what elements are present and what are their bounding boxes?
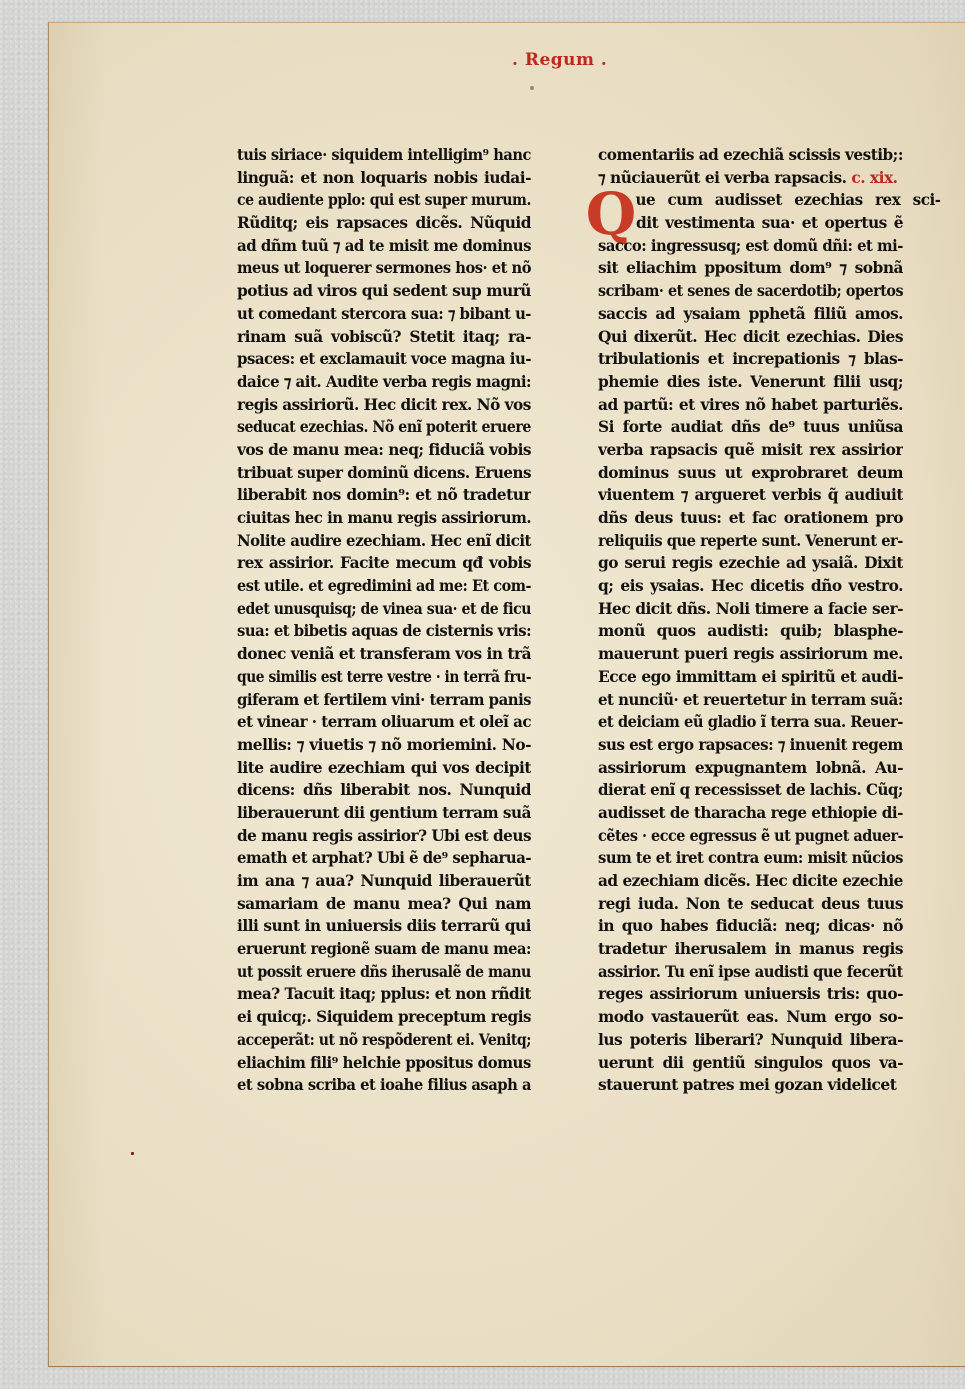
text-line-content: audisset de tharacha rege ethiopie di- xyxy=(598,804,903,822)
running-head: . Regum . xyxy=(512,50,607,70)
text-line: comentariis ad ezechiã scissis vestib;: xyxy=(598,144,903,167)
text-line-content: regis assiriorũ. Hec dicit rex. Nõ vos xyxy=(237,396,531,414)
text-line: liberauerunt dii gentium terram suã xyxy=(237,802,531,825)
text-line: ad partũ: et vires nõ habet parturiẽs. xyxy=(598,394,903,417)
text-line-content: sua: et bibetis aquas de cisternis vris: xyxy=(237,622,531,640)
text-line-content: viuentem ⁊ argueret verbis q̃ audiuit xyxy=(598,486,903,504)
text-line: et sobna scriba et ioahe filius asaph a xyxy=(237,1074,531,1097)
text-line-content: comentariis ad ezechiã scissis vestib;: xyxy=(598,146,903,164)
text-line-content: giferam et fertilem vini· terram panis xyxy=(237,691,531,709)
text-line: go serui regis ezechie ad ysaiã. Dixit xyxy=(598,552,903,575)
text-line-content: samariam de manu mea? Qui nam xyxy=(237,895,531,913)
text-line-content: tribulationis et increpationis ⁊ blas- xyxy=(598,350,903,368)
text-line-content: in quo habes fiduciã: neq; dicas· nõ xyxy=(598,917,903,935)
text-line: samariam de manu mea? Qui nam xyxy=(237,893,531,916)
text-line-content: sacco: ingressusq; est domũ dñi: et mi- xyxy=(598,237,903,255)
text-line: monũ quos audisti: quib; blasphe- xyxy=(598,620,903,643)
text-line: im ana ⁊ aua? Nunquid liberauerũt xyxy=(237,870,531,893)
text-line-content: lite audire ezechiam qui vos decipit xyxy=(237,759,531,777)
text-line: mauerunt pueri regis assiriorum me. xyxy=(598,643,903,666)
text-line-content: dñs deus tuus: et fac orationem pro xyxy=(598,509,903,527)
text-line: acceperãt: ut nõ respõderent ei. Venitq; xyxy=(237,1029,531,1052)
text-line: donec veniã et transferam vos in trã xyxy=(237,643,531,666)
text-line-content: acceperãt: ut nõ respõderent ei. Venitq; xyxy=(237,1031,531,1049)
text-line-content: meus ut loquerer sermones hos· et nõ xyxy=(237,259,531,277)
text-line: dierat enĩ q recessisset de lachis. Cũq; xyxy=(598,779,903,802)
text-line-content: sus est ergo rapsaces: ⁊ inuenit regem xyxy=(598,736,903,754)
text-line-content: mellis: ⁊ viuetis ⁊ nõ moriemini. No- xyxy=(237,736,531,754)
text-line-content: tuis siriace· siquidem intelligim⁹ hanc xyxy=(237,146,531,164)
text-line-content: ad partũ: et vires nõ habet parturiẽs. xyxy=(598,396,903,414)
text-line-content: tribuat super dominũ dicens. Eruens xyxy=(237,464,531,482)
text-line-content: ue cum audisset ezechias rex sci- xyxy=(635,191,940,209)
text-line: sua: et bibetis aquas de cisternis vris: xyxy=(237,620,531,643)
text-line: reliquiis que reperte sunt. Venerunt er- xyxy=(598,530,903,553)
text-line-content: Rũditq; eis rapsaces dicẽs. Nũquid xyxy=(237,214,531,232)
text-line-content: ciuitas hec in manu regis assiriorum. xyxy=(237,509,531,527)
text-line: ue cum audisset ezechias rex sci- xyxy=(598,189,941,212)
text-line: audisset de tharacha rege ethiopie di- xyxy=(598,802,903,825)
text-line-content: mauerunt pueri regis assiriorum me. xyxy=(598,645,903,663)
text-line-content: Qui dixerũt. Hec dicit ezechias. Dies xyxy=(598,328,903,346)
text-line-content: Nolite audire ezechiam. Hec enĩ dicit xyxy=(237,532,531,550)
text-line-content: donec veniã et transferam vos in trã xyxy=(237,645,531,663)
text-line-content: monũ quos audisti: quib; blasphe- xyxy=(598,622,903,640)
text-line-content: liberabit nos domin⁹: et nõ tradetur xyxy=(237,486,531,504)
text-line: Hec dicit dñs. Noli timere a facie ser- xyxy=(598,598,903,621)
text-line-content: dicens: dñs liberabit nos. Nunquid xyxy=(237,781,531,799)
text-line: in quo habes fiduciã: neq; dicas· nõ xyxy=(598,915,903,938)
text-line-content: modo vastauerũt eas. Num ergo so- xyxy=(598,1008,903,1026)
text-line-content: scribam· et senes de sacerdotib; opertos xyxy=(598,282,903,300)
text-line-content: verba rapsacis quẽ misit rex assirior xyxy=(598,441,903,459)
text-line: edet unusquisq; de vinea sua· et de ficu xyxy=(237,598,531,621)
text-line: reges assiriorum uniuersis tris: quo- xyxy=(598,983,903,1006)
text-line-content: reges assiriorum uniuersis tris: quo- xyxy=(598,985,903,1003)
text-line-content: que similis est terre vestre · in terrã … xyxy=(237,668,531,686)
text-line-content: est utile. et egredimini ad me: Et com- xyxy=(237,577,531,595)
text-line: rinam suã vobiscũ? Stetit itaq; ra- xyxy=(237,326,531,349)
text-line: verba rapsacis quẽ misit rex assirior xyxy=(598,439,903,462)
text-line-content: q; eis ysaias. Hec dicetis dño vestro. xyxy=(598,577,903,595)
text-line: ciuitas hec in manu regis assiriorum. xyxy=(237,507,531,530)
text-line: regi iuda. Non te seducat deus tuus xyxy=(598,893,903,916)
text-line: tribuat super dominũ dicens. Eruens xyxy=(237,462,531,485)
text-line: sacco: ingressusq; est domũ dñi: et mi- xyxy=(598,235,903,258)
text-line-content: psaces: et exclamauit voce magna iu- xyxy=(237,350,531,368)
text-line: lite audire ezechiam qui vos decipit xyxy=(237,757,531,780)
text-line-content: seducat ezechias. Nõ enĩ poterit eruere xyxy=(237,418,531,436)
text-line-content: eliachim fili⁹ helchie ppositus domus xyxy=(237,1054,531,1072)
text-line-content: ad dñm tuũ ⁊ ad te misit me dominus xyxy=(237,237,531,255)
text-line-content: liberauerunt dii gentium terram suã xyxy=(237,804,531,822)
right-text-column: comentariis ad ezechiã scissis vestib;:⁊… xyxy=(598,144,903,1097)
text-line-content: ad ezechiam dicẽs. Hec dicite ezechie xyxy=(598,872,903,890)
text-line-content: mea? Tacuit itaq; pplus: et non rñdit xyxy=(237,985,531,1003)
text-line: eliachim fili⁹ helchie ppositus domus xyxy=(237,1052,531,1075)
text-line: tradetur iherusalem in manus regis xyxy=(598,938,903,961)
text-line-content: stauerunt patres mei gozan videlicet xyxy=(598,1076,896,1094)
text-line-content: Hec dicit dñs. Noli timere a facie ser- xyxy=(598,600,903,618)
text-line-content: vos de manu mea: neq; fiduciã vobis xyxy=(237,441,531,459)
text-line: assirior. Tu enĩ ipse audisti que fecerũ… xyxy=(598,961,903,984)
text-line-content: ut comedant stercora sua: ⁊ bibant u- xyxy=(237,305,531,323)
text-line-content: reliquiis que reperte sunt. Venerunt er- xyxy=(598,532,903,550)
text-line: giferam et fertilem vini· terram panis xyxy=(237,689,531,712)
text-line-content: sum te et iret contra eum: misit nũcios xyxy=(598,849,903,867)
text-line: modo vastauerũt eas. Num ergo so- xyxy=(598,1006,903,1029)
text-line: dominus suus ut exprobraret deum xyxy=(598,462,903,485)
text-line: seducat ezechias. Nõ enĩ poterit eruere xyxy=(237,416,531,439)
text-line-content: et deiciam eũ gladio ĩ terra sua. Reuer- xyxy=(598,713,903,731)
text-line: emath et arphat? Ubi ẽ de⁹ sepharua- xyxy=(237,847,531,870)
text-line: regis assiriorũ. Hec dicit rex. Nõ vos xyxy=(237,394,531,417)
text-line-content: illi sunt in uniuersis diis terrarũ qui xyxy=(237,917,531,935)
text-line: Qui dixerũt. Hec dicit ezechias. Dies xyxy=(598,326,903,349)
text-line: de manu regis assirior? Ubi est deus xyxy=(237,825,531,848)
text-line: que similis est terre vestre · in terrã … xyxy=(237,666,531,689)
text-line: lus poteris liberari? Nunquid libera- xyxy=(598,1029,903,1052)
text-line-content: phemie dies iste. Venerunt filii usq; xyxy=(598,373,903,391)
text-line-content: Ecce ego immittam ei spiritũ et audi- xyxy=(598,668,903,686)
text-line-content: dit vestimenta sua· et opertus ẽ xyxy=(636,214,903,232)
text-line-content: ut possit eruere dñs iherusalẽ de manu xyxy=(237,963,531,981)
text-line: et vinear · terram oliuarum et oleĩ ac xyxy=(237,711,531,734)
text-line-content: eruerunt regionẽ suam de manu mea: xyxy=(237,940,531,958)
text-line: sus est ergo rapsaces: ⁊ inuenit regem xyxy=(598,734,903,757)
text-line: tuis siriace· siquidem intelligim⁹ hanc xyxy=(237,144,531,167)
chapter-number: c. xix. xyxy=(851,169,897,187)
text-line: ce audiente pplo: qui est super murum. xyxy=(237,189,531,212)
text-line: potius ad viros qui sedent sup murũ xyxy=(237,280,531,303)
text-line-content: dierat enĩ q recessisset de lachis. Cũq; xyxy=(598,781,903,799)
rubric-speck xyxy=(131,1152,134,1155)
text-line-content: ei quicq;. Siquidem preceptum regis xyxy=(237,1008,531,1026)
text-line: linguã: et non loquaris nobis iudai- xyxy=(237,167,531,190)
text-line: meus ut loquerer sermones hos· et nõ xyxy=(237,257,531,280)
text-line: Rũditq; eis rapsaces dicẽs. Nũquid xyxy=(237,212,531,235)
text-line-content: cẽtes · ecce egressus ẽ ut pugnet aduer- xyxy=(598,827,903,845)
text-line-content: et nunciũ· et reuertetur in terram suã: xyxy=(598,691,903,709)
text-line: dit vestimenta sua· et opertus ẽ xyxy=(598,212,903,235)
text-line-content: potius ad viros qui sedent sup murũ xyxy=(237,282,531,300)
text-line-content: assirior. Tu enĩ ipse audisti que fecerũ… xyxy=(598,963,903,981)
text-line-content: dominus suus ut exprobraret deum xyxy=(598,464,903,482)
text-line-content: sit eliachim ppositum dom⁹ ⁊ sobnã xyxy=(598,259,903,277)
text-line-content: ce audiente pplo: qui est super murum. xyxy=(237,191,531,209)
text-line: ut comedant stercora sua: ⁊ bibant u- xyxy=(237,303,531,326)
text-line: Si forte audiat dñs de⁹ tuus uniũsa xyxy=(598,416,903,439)
text-line-content: rinam suã vobiscũ? Stetit itaq; ra- xyxy=(237,328,531,346)
text-line-content: tradetur iherusalem in manus regis xyxy=(598,940,903,958)
text-line: scribam· et senes de sacerdotib; opertos xyxy=(598,280,903,303)
text-line: stauerunt patres mei gozan videlicet xyxy=(598,1074,903,1097)
text-line: uerunt dii gentiũ singulos quos va- xyxy=(598,1052,903,1075)
text-line-content: emath et arphat? Ubi ẽ de⁹ sepharua- xyxy=(237,849,531,867)
text-line-content: rex assirior. Facite mecum qđ vobis xyxy=(237,554,531,572)
text-line-content: ⁊ nũciauerũt ei verba rapsacis. xyxy=(598,169,846,187)
text-line: saccis ad ysaiam pphetã filiũ amos. xyxy=(598,303,903,326)
text-line-content: assiriorum expugnantem lobnã. Au- xyxy=(598,759,903,777)
text-line: est utile. et egredimini ad me: Et com- xyxy=(237,575,531,598)
text-line: mellis: ⁊ viuetis ⁊ nõ moriemini. No- xyxy=(237,734,531,757)
text-line: mea? Tacuit itaq; pplus: et non rñdit xyxy=(237,983,531,1006)
text-line: phemie dies iste. Venerunt filii usq; xyxy=(598,371,903,394)
text-line: eruerunt regionẽ suam de manu mea: xyxy=(237,938,531,961)
text-line: ut possit eruere dñs iherusalẽ de manu xyxy=(237,961,531,984)
text-line: et nunciũ· et reuertetur in terram suã: xyxy=(598,689,903,712)
text-line-content: uerunt dii gentiũ singulos quos va- xyxy=(598,1054,903,1072)
text-line: Nolite audire ezechiam. Hec enĩ dicit xyxy=(237,530,531,553)
text-line: sum te et iret contra eum: misit nũcios xyxy=(598,847,903,870)
text-line-content: de manu regis assirior? Ubi est deus xyxy=(237,827,531,845)
text-line: q; eis ysaias. Hec dicetis dño vestro. xyxy=(598,575,903,598)
text-line-content: daice ⁊ ait. Audite verba regis magni: xyxy=(237,373,531,391)
left-text-column: tuis siriace· siquidem intelligim⁹ hancl… xyxy=(237,144,531,1097)
text-line: Ecce ego immittam ei spiritũ et audi- xyxy=(598,666,903,689)
text-line: dicens: dñs liberabit nos. Nunquid xyxy=(237,779,531,802)
text-line: et deiciam eũ gladio ĩ terra sua. Reuer- xyxy=(598,711,903,734)
text-line: ⁊ nũciauerũt ei verba rapsacis. c. xix. xyxy=(598,167,903,190)
text-line: psaces: et exclamauit voce magna iu- xyxy=(237,348,531,371)
text-line: liberabit nos domin⁹: et nõ tradetur xyxy=(237,484,531,507)
text-line: illi sunt in uniuersis diis terrarũ qui xyxy=(237,915,531,938)
text-line: daice ⁊ ait. Audite verba regis magni: xyxy=(237,371,531,394)
text-line-content: linguã: et non loquaris nobis iudai- xyxy=(237,169,531,187)
text-line-content: et sobna scriba et ioahe filius asaph a xyxy=(237,1076,531,1094)
text-line: vos de manu mea: neq; fiduciã vobis xyxy=(237,439,531,462)
text-line-content: go serui regis ezechie ad ysaiã. Dixit xyxy=(598,554,903,572)
text-line-content: saccis ad ysaiam pphetã filiũ amos. xyxy=(598,305,903,323)
text-line: assiriorum expugnantem lobnã. Au- xyxy=(598,757,903,780)
text-line-content: regi iuda. Non te seducat deus tuus xyxy=(598,895,903,913)
text-line-content: lus poteris liberari? Nunquid libera- xyxy=(598,1031,903,1049)
text-line: tribulationis et increpationis ⁊ blas- xyxy=(598,348,903,371)
text-line: sit eliachim ppositum dom⁹ ⁊ sobnã xyxy=(598,257,903,280)
text-line-content: et vinear · terram oliuarum et oleĩ ac xyxy=(237,713,531,731)
text-line: ad dñm tuũ ⁊ ad te misit me dominus xyxy=(237,235,531,258)
text-line: cẽtes · ecce egressus ẽ ut pugnet aduer- xyxy=(598,825,903,848)
text-line: rex assirior. Facite mecum qđ vobis xyxy=(237,552,531,575)
text-line: ei quicq;. Siquidem preceptum regis xyxy=(237,1006,531,1029)
text-line-content: edet unusquisq; de vinea sua· et de ficu xyxy=(237,600,531,618)
text-line: ad ezechiam dicẽs. Hec dicite ezechie xyxy=(598,870,903,893)
text-line-content: Si forte audiat dñs de⁹ tuus uniũsa xyxy=(598,418,903,436)
text-line-content: im ana ⁊ aua? Nunquid liberauerũt xyxy=(237,872,531,890)
text-line: viuentem ⁊ argueret verbis q̃ audiuit xyxy=(598,484,903,507)
ink-speck xyxy=(530,86,534,90)
text-line: dñs deus tuus: et fac orationem pro xyxy=(598,507,903,530)
